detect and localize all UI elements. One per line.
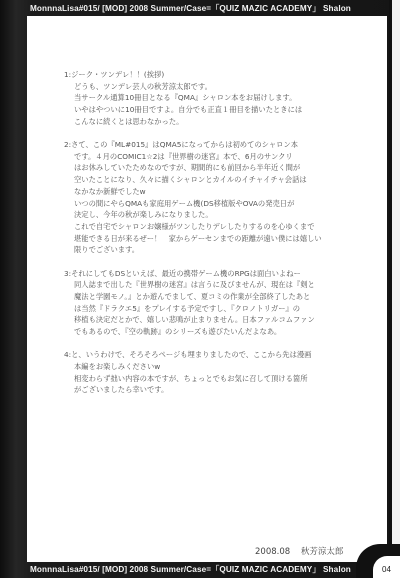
running-footer: MonnnaLisa#015/ [MOD] 2008 Summer/Case=「… [30,564,351,576]
text-line: 限りでございます。 [64,244,384,256]
paragraph-heading: 2:さて、この『ML#015』はQMA5になってからは初めてのシャロン本 [64,139,384,151]
paragraph-heading: 3:それにしてもDSといえば、最近の携帯ゲーム機のRPGは面白いよねー [64,268,384,280]
adjacent-page-edge [392,0,400,578]
paragraph-1: 1:ジーク・ツンデレ！！(挨拶) どうも、ツンデレ芸人の秋芳涼太郎です。 当サー… [64,69,384,128]
text-line: は当然『ドラクエ5』をプレイする予定ですし、『クロノトリガー』の [64,303,384,315]
page-number: 04 [382,565,391,574]
paragraph-heading: 4:と、いうわけで、そろそろページも埋まりましたので、ここから先は漫画 [64,349,384,361]
text-line: 本編をお楽しみくださいw [64,361,384,373]
text-line: いやはやついに10冊目ですよ。自分でも正直１冊目を描いたときには [64,104,384,116]
text-line: がございましたら幸いです。 [64,384,384,396]
paragraph-4: 4:と、いうわけで、そろそろページも埋まりましたので、ここから先は漫画 本編をお… [64,349,384,396]
text-line: 当サークル通算10冊目となる『QMA』シャロン本をお届けします。 [64,92,384,104]
afterword-text: 1:ジーク・ツンデレ！！(挨拶) どうも、ツンデレ芸人の秋芳涼太郎です。 当サー… [64,69,384,408]
signature-date: 2008.08 [255,547,290,557]
paragraph-3: 3:それにしてもDSといえば、最近の携帯ゲーム機のRPGは面白いよねー 同人誌ま… [64,268,384,338]
text-line: はお休みしていたためなのですが、期間的にも前回から半年近く間が [64,162,384,174]
text-line: 空いたことになり、久々に描くシャロンとカイルのイチャイチャ会話は [64,174,384,186]
text-line: これで自宅でシャロンお嬢様がツンしたりデレしたりするのを心ゆくまで [64,221,384,233]
text-line: 堪能できる日が来るぜー！ 家からゲーセンまでの距離が遠い僕には嬉しい [64,233,384,245]
signature-author: 秋芳涼太郎 [301,547,344,557]
signature: 2008.08 秋芳涼太郎 [255,545,343,557]
text-line: 決定し、今年の秋が楽しみになりました。 [64,209,384,221]
running-header: MonnnaLisa#015/ [MOD] 2008 Summer/Case=「… [30,3,351,15]
text-line: でもあるので、『空の軌跡』のシリーズも遊びたいんだよなあ。 [64,326,384,338]
text-line: 相変わらず拙い内容の本ですが、ちょっとでもお気に召して頂ける箇所 [64,373,384,385]
text-line: なかなか新鮮でしたw [64,186,384,198]
paragraph-2: 2:さて、この『ML#015』はQMA5になってからは初めてのシャロン本 です。… [64,139,384,256]
paragraph-heading: 1:ジーク・ツンデレ！！(挨拶) [64,69,384,81]
text-line: 移植も決定だとかで、嬉しい悲鳴が止まりません。日本ファルコムファン [64,314,384,326]
text-line: 同人誌まで出した『世界樹の迷宮』は言うに及びませんが、現在は『剣と [64,279,384,291]
text-line: こんなに続くとは思わなかった。 [64,116,384,128]
text-line: です。４月のCOMIC1☆2は『世界樹の迷宮』本で、6月のサンクリ [64,151,384,163]
text-line: いつの間にやらQMAも家庭用ゲーム機(DS移植版やOVAの発売日が [64,198,384,210]
text-line: 魔法と学園モノ。』とか遊んでまして、夏コミの作業が全部終了したあと [64,291,384,303]
text-line: どうも、ツンデレ芸人の秋芳涼太郎です。 [64,81,384,93]
